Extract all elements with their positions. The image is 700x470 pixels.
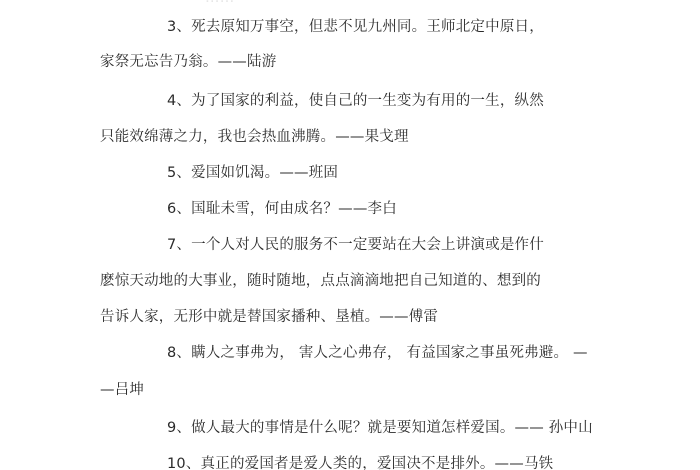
cutoff-text: ……: [205, 0, 234, 8]
quote-9: 9、做人最大的事情是什么呢？就是要知道怎样爱国。—— 孙中山: [167, 418, 593, 438]
quote-5: 5、爱国如饥渴。——班固: [167, 163, 338, 183]
quote-6: 6、国耻未雪，何由成名？——李白: [167, 199, 397, 219]
quote-10: 10、真正的爱国者是爱人类的，爱国决不是排外。——马铁: [167, 454, 553, 470]
quote-7-line-2: 麽惊天动地的大事业，随时随地，点点滴滴地把自己知道的、想到的: [100, 271, 541, 291]
quote-8-line-1: 8、瞒人之事弗为， 害人之心弗存， 有益国家之事虽死弗避。 —: [167, 343, 588, 363]
quote-4-line-1: 4、为了国家的利益，使自己的一生变为有用的一生，纵然: [167, 91, 544, 111]
quote-8-line-2: —吕坤: [100, 380, 144, 400]
quote-4-line-2: 只能效绵薄之力，我也会热血沸腾。——果戈理: [100, 127, 409, 147]
quote-7-line-3: 告诉人家，无形中就是替国家播种、垦植。——傅雷: [100, 307, 438, 327]
quote-7-line-1: 7、一个人对人民的服务不一定要站在大会上讲演或是作什: [167, 235, 544, 255]
quote-3-line-2: 家祭无忘告乃翁。——陆游: [100, 52, 276, 72]
quote-3-line-1: 3、死去原知万事空，但悲不见九州同。王师北定中原日，: [167, 17, 544, 37]
